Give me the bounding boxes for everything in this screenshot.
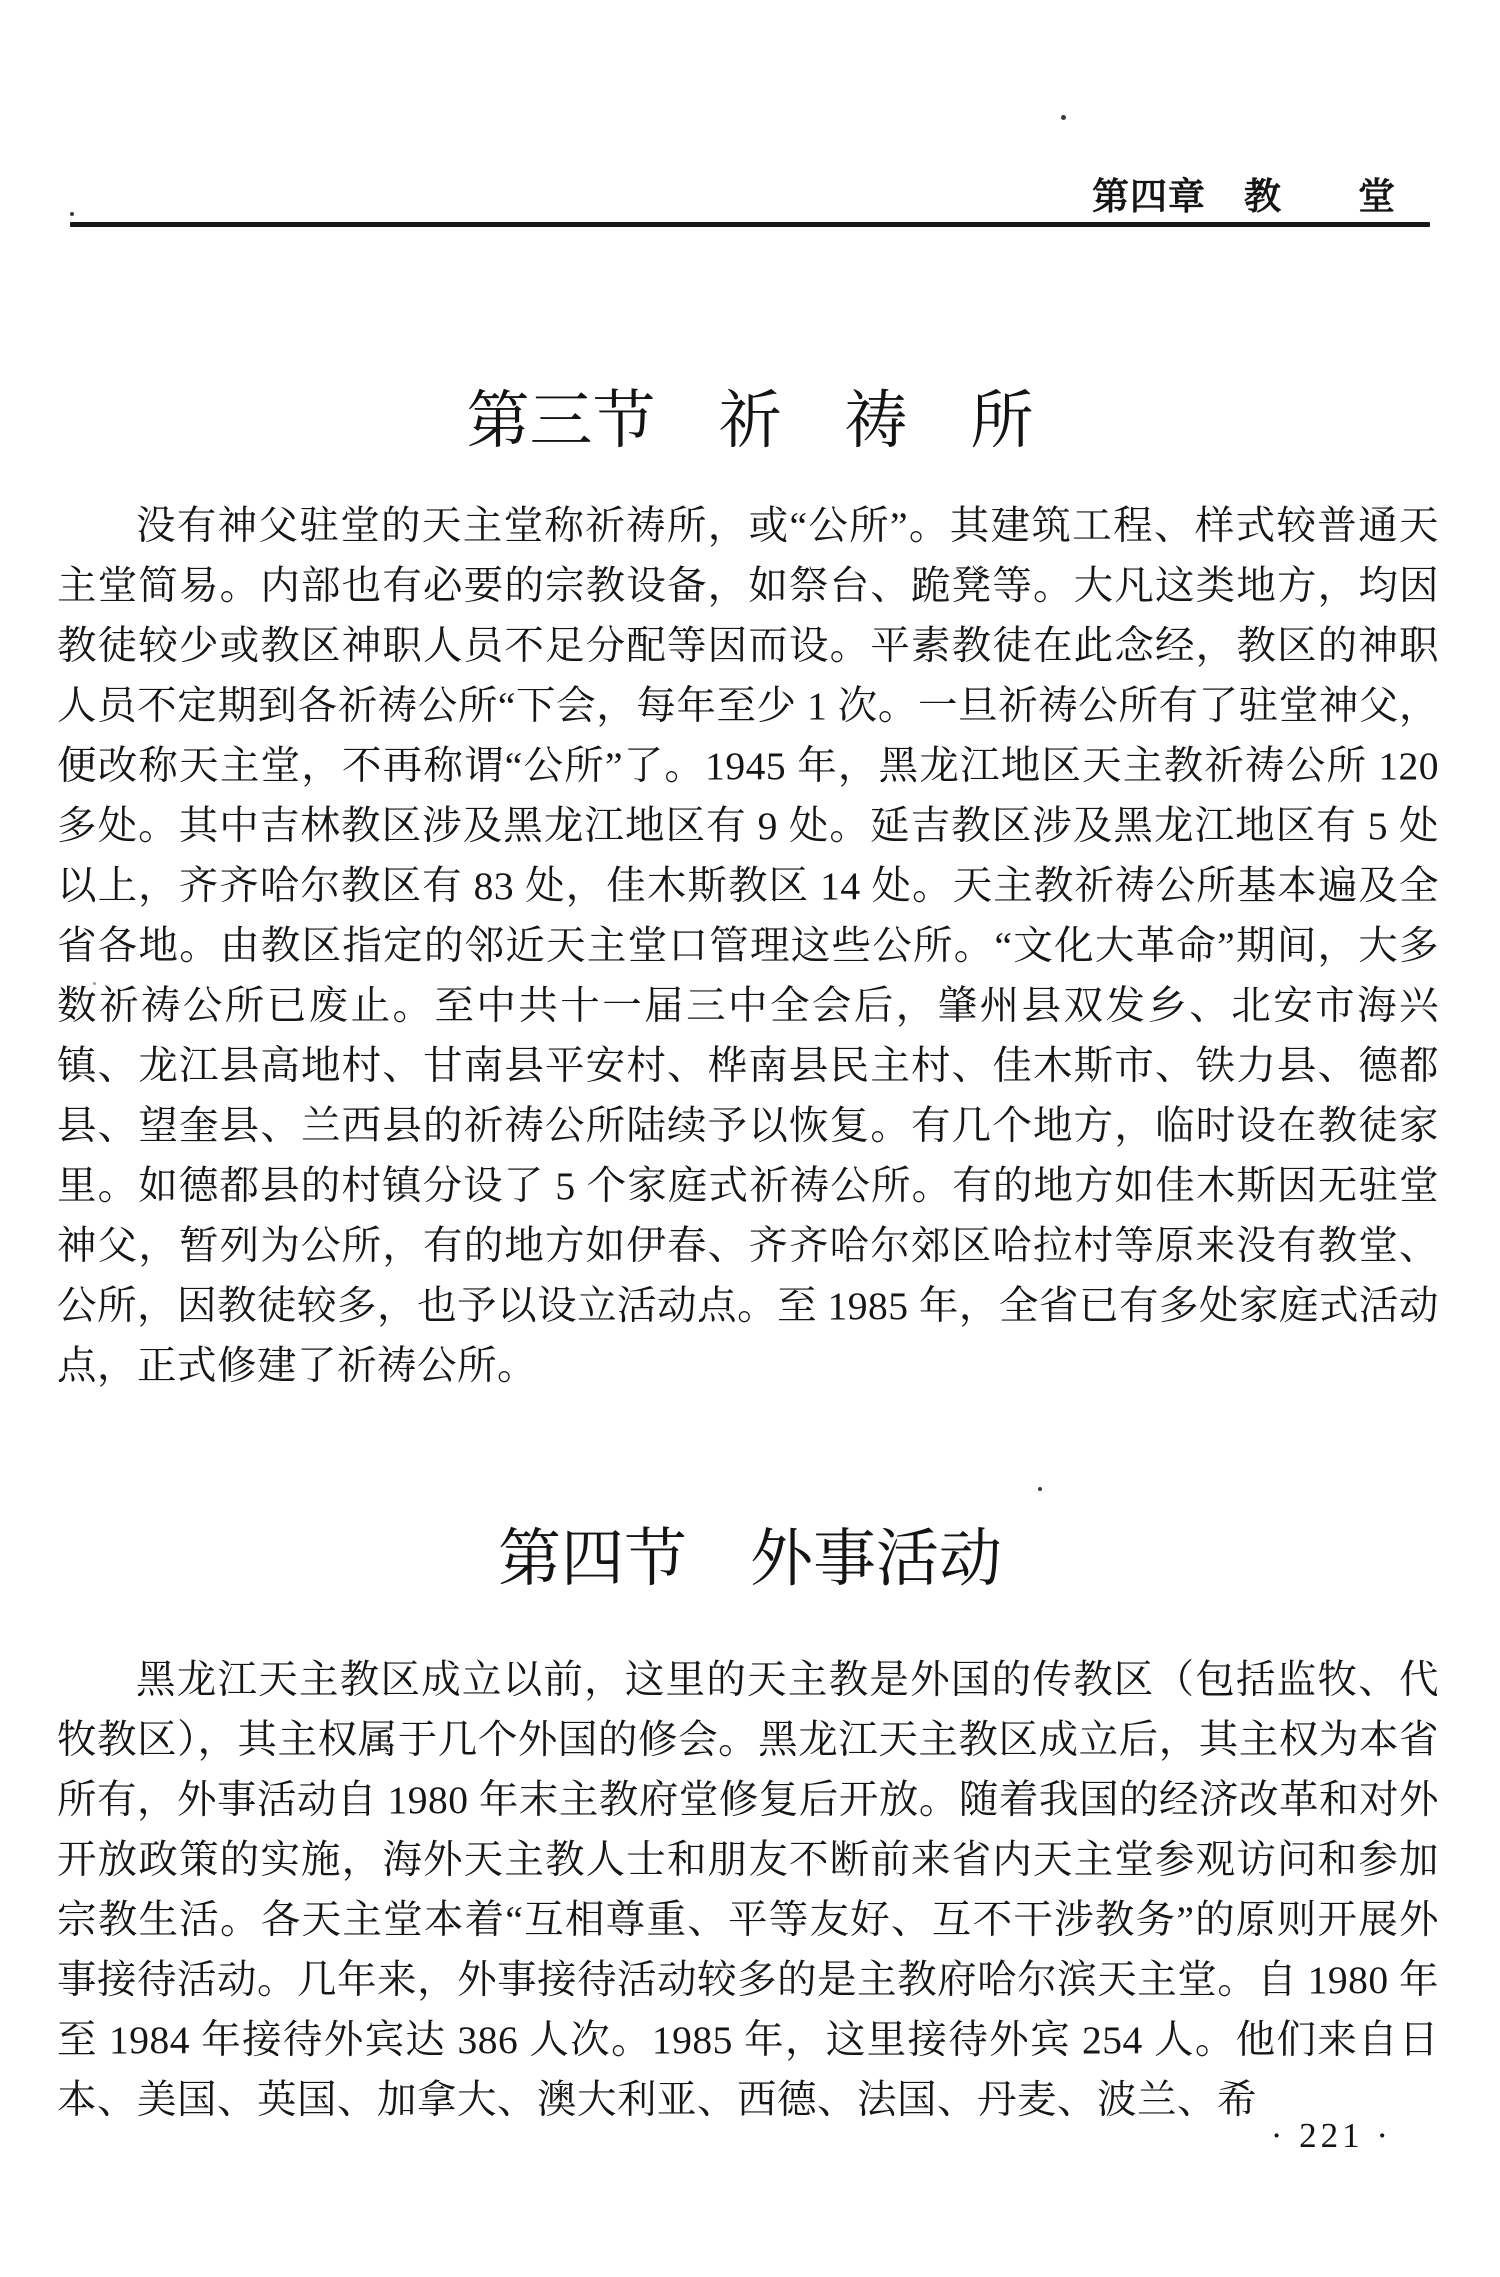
running-header-chapter: 第四章 教 堂 [1092,166,1396,220]
section-title-prayer-places: 第三节 祈 祷 所 [0,370,1500,461]
scan-speck [1061,115,1066,120]
body-paragraph-prayer-places: 没有神父驻堂的天主堂称祈祷所，或“公所”。其建筑工程、样式较普通天主堂简易。内部… [57,496,1439,1396]
body-paragraph-foreign-affairs: 黑龙江天主教区成立以前，这里的天主教是外国的传教区（包括监牧、代牧教区），其主权… [57,1650,1439,2130]
book-page: 第四章 教 堂 第三节 祈 祷 所 没有神父驻堂的天主堂称祈祷所，或“公所”。其… [0,0,1500,2277]
scan-speck [70,212,74,216]
section-title-foreign-affairs: 第四节 外事活动 [0,1508,1500,1599]
page-number: · 221 · [1271,2116,1392,2156]
header-rule [70,222,1430,227]
scan-speck [1038,1487,1042,1491]
